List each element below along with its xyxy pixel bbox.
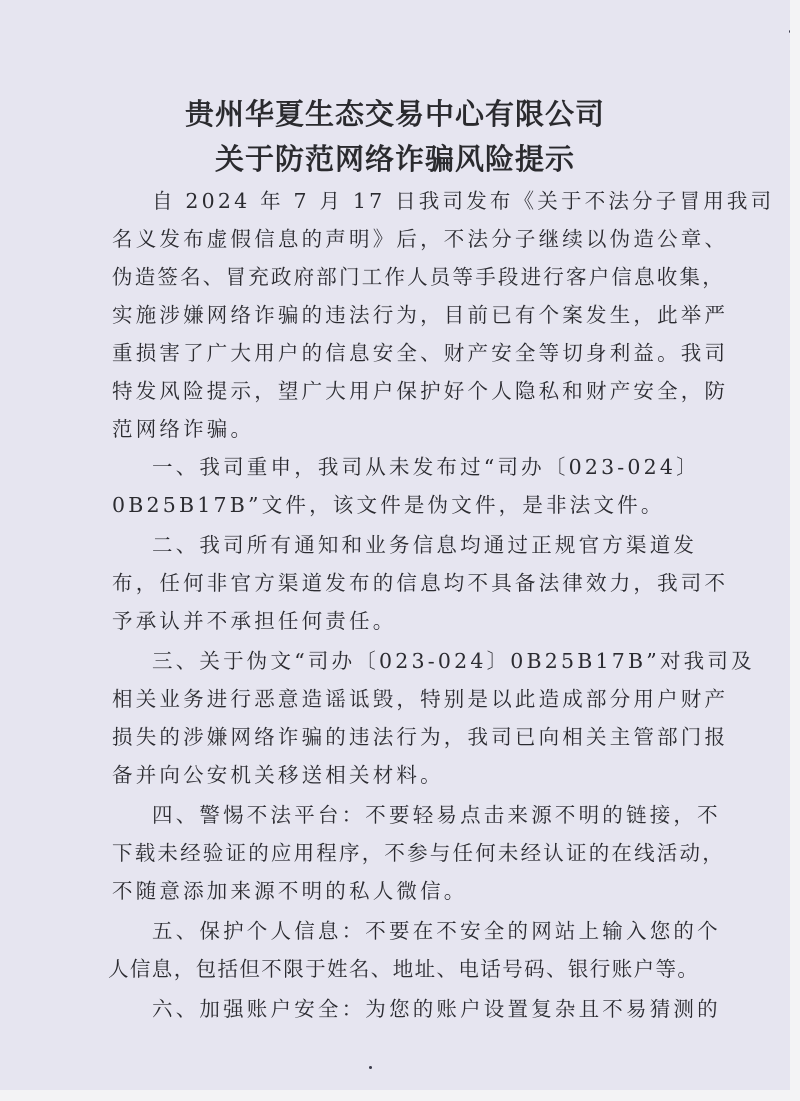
body-line: 自 2024 年 7 月 17 日我司发布《关于不法分子冒用我司 [152,186,742,216]
body-line: 六、加强账户安全：为您的账户设置复杂且不易猜测的 [152,994,742,1024]
body-line: 损失的涉嫌网络诈骗的违法行为，我司已向相关主管部门报 [112,722,702,752]
body-line: 五、保护个人信息：不要在不安全的网站上输入您的个 [152,916,742,946]
scan-border-bottom [0,1090,800,1101]
body-line: 布，任何非官方渠道发布的信息均不具备法律效力，我司不 [112,568,702,598]
scan-border-right [790,0,800,1101]
document-title-line-1: 贵州华夏生态交易中心有限公司 [0,96,790,132]
body-line: 伪造签名、冒充政府部门工作人员等手段进行客户信息收集， [112,262,702,292]
body-line: 不随意添加来源不明的私人微信。 [112,876,702,906]
document-title-line-2: 关于防范网络诈骗风险提示 [0,141,790,177]
body-line: 一、我司重申，我司从未发布过“司办〔023-024〕 [152,452,742,482]
body-line: 四、警惕不法平台：不要轻易点击来源不明的链接，不 [152,800,742,830]
body-line: 相关业务进行恶意造谣诋毁，特别是以此造成部分用户财产 [112,684,702,714]
body-line: 二、我司所有通知和业务信息均通过正规官方渠道发 [152,530,742,560]
body-line: 人信息，包括但不限于姓名、地址、电话号码、银行账户等。 [108,954,698,984]
body-line: 三、关于伪文“司办〔023-024〕0B25B17B”对我司及 [152,646,742,676]
body-line: 名义发布虚假信息的声明》后，不法分子继续以伪造公章、 [112,224,702,254]
body-line: 重损害了广大用户的信息安全、财产安全等切身利益。我司 [112,338,702,368]
body-line: 实施涉嫌网络诈骗的违法行为，目前已有个案发生，此举严 [112,300,702,330]
body-line: 下载未经验证的应用程序，不参与任何未经认证的在线活动， [112,838,702,868]
body-line: 特发风险提示，望广大用户保护好个人隐私和财产安全，防 [112,376,702,406]
body-line: 范网络诈骗。 [112,414,702,444]
body-line: 予承认并不承担任何责任。 [112,606,702,636]
scan-speck [369,1066,372,1069]
body-line: 0B25B17B”文件，该文件是伪文件，是非法文件。 [112,490,702,520]
body-line: 备并向公安机关移送相关材料。 [112,760,702,790]
scanned-page: 贵州华夏生态交易中心有限公司 关于防范网络诈骗风险提示 自 2024 年 7 月… [0,0,790,1090]
